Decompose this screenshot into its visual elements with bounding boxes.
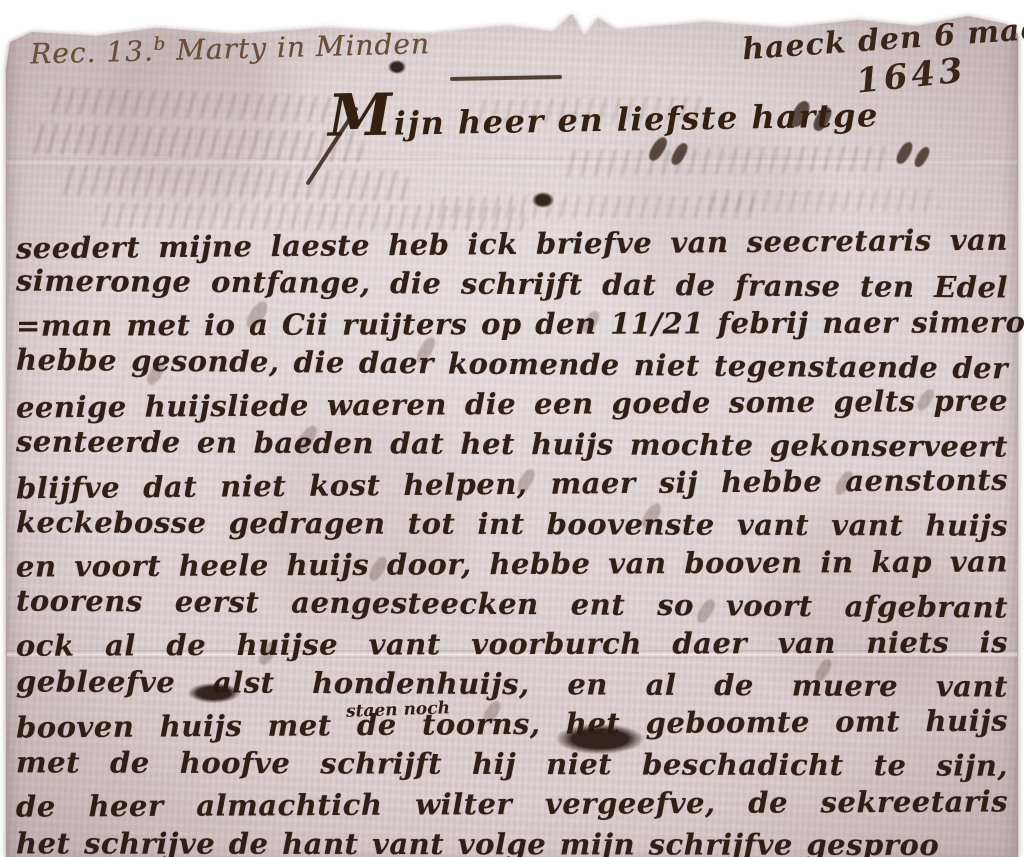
recipient-note: Rec. 13.b Marty in Minden [30, 27, 431, 71]
body-text: seedert mijne laeste heb ick briefve van… [16, 224, 1008, 857]
body-line: =man met io a Cii ruijters op den 11/21 … [16, 302, 1008, 345]
body-line: het schrijve de hant vant volge mijn sch… [16, 823, 710, 857]
ink-bleed-strip [28, 124, 364, 163]
salutation: Mijn heer en liefste hartge [328, 83, 880, 144]
interlinear-insertion: staen noch [346, 698, 451, 722]
ink-bleed-strip [700, 190, 940, 212]
recipient-note-prefix: Rec. 13. [30, 34, 154, 70]
body-line: toorens eerst aengesteecken ent so voort… [16, 581, 1008, 628]
body-line: keckebosse gedragen tot int boovenste va… [16, 502, 1008, 545]
recipient-note-superscript: b [153, 34, 166, 55]
body-line: senteerde en baeden dat het huijs mochte… [16, 421, 1008, 466]
ink-underline-stroke [450, 75, 562, 81]
letter-scan: Rec. 13.b Marty in Minden haeck den 6 ma… [0, 0, 1024, 857]
body-line: ock al de huijse vant voorburch daer van… [16, 622, 1008, 665]
ink-bleed-strip [58, 165, 408, 201]
ink-blot [388, 60, 406, 74]
body-line: blijfve dat niet kost helpen, maer sij h… [16, 460, 1008, 509]
ink-bleed-strip [45, 87, 336, 123]
letter-content: Rec. 13.b Marty in Minden haeck den 6 ma… [0, 0, 1024, 857]
body-line: en voort heele huijs door, hebbe van boo… [16, 541, 1008, 586]
body-line: de heer almachtich wilter vergeefve, de … [16, 781, 1008, 826]
body-line: simeronge ontfange, die schrijft dat de … [16, 261, 1008, 308]
body-line: booven huijs met de toorns, het geboomte… [16, 701, 1008, 748]
body-line: eenige huijsliede waeren die een goede s… [16, 381, 1008, 428]
ink-bleed-strip [560, 145, 890, 177]
body-line: gebleefve alst hondenhuijs, en al de mue… [16, 661, 1008, 706]
ink-blot [532, 192, 554, 208]
body-line: met de hoofve schrijft hij niet beschadi… [16, 742, 1008, 785]
recipient-note-suffix: Marty in Minden [166, 27, 430, 67]
